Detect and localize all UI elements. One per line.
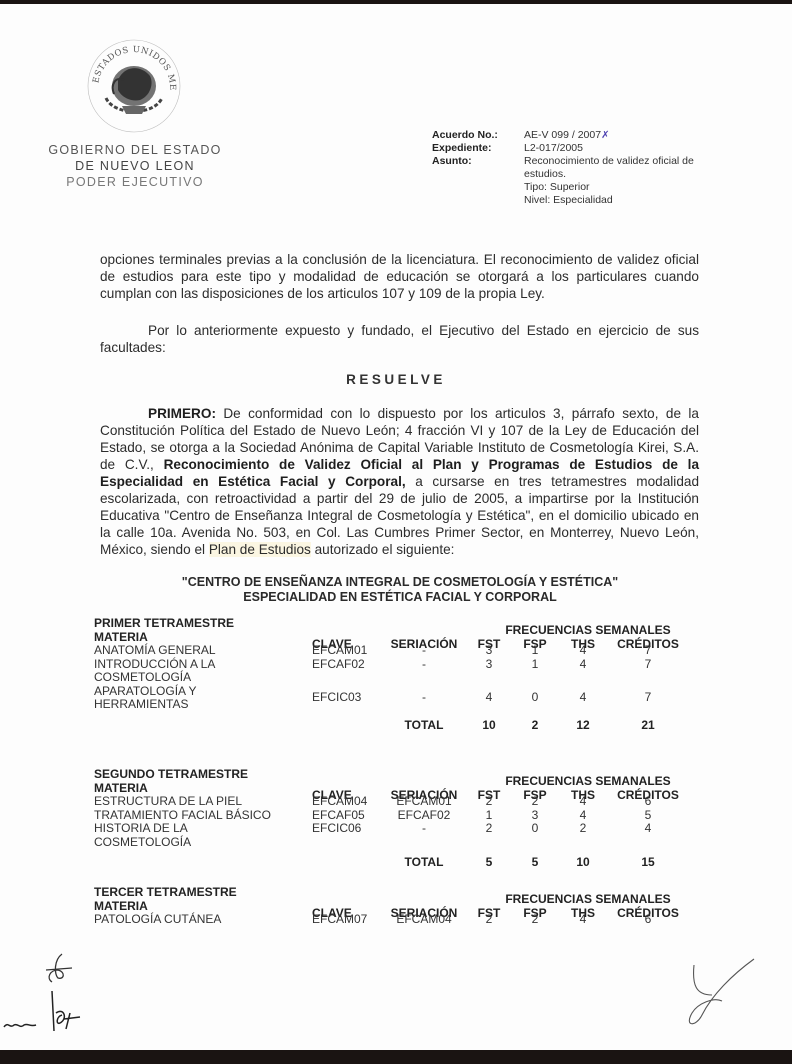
- seriacion-cell: EFCAM04: [384, 913, 464, 927]
- ths-cell: 4: [566, 644, 600, 658]
- gov-line-2: DE NUEVO LEON: [30, 158, 240, 174]
- ths-cell: 2: [566, 822, 600, 836]
- creditos-cell: 5: [608, 809, 688, 823]
- fsp-cell: 0: [518, 691, 552, 705]
- materia-name: APARATOLOGÍA Y: [94, 685, 304, 699]
- fsp-cell: 3: [518, 809, 552, 823]
- col-header-materia: MATERIA: [94, 631, 304, 645]
- acuerdo-label: Acuerdo No.:: [432, 129, 524, 142]
- seriacion-cell: -: [384, 691, 464, 705]
- clave-cell: EFCAM04: [312, 795, 382, 809]
- materia-name: PATOLOGÍA CUTÁNEA: [94, 913, 304, 927]
- clave-cell: EFCAF02: [312, 658, 382, 672]
- seriacion-cell: -: [384, 658, 464, 672]
- asunto-value: Reconocimiento de validez oficial de est…: [524, 155, 724, 181]
- freq-header: FRECUENCIAS SEMANALES: [488, 893, 688, 907]
- seriacion-cell: -: [384, 822, 464, 836]
- clave-cell: EFCAM07: [312, 913, 382, 927]
- fst-cell: 4: [472, 691, 506, 705]
- fsp-cell: 2: [518, 795, 552, 809]
- fst-cell: 3: [472, 644, 506, 658]
- plan-institution: "CENTRO DE ENSEÑANZA INTEGRAL DE COSMETO…: [100, 575, 700, 590]
- materia-name: ESTRUCTURA DE LA PIEL: [94, 795, 304, 809]
- total-fsp: 2: [518, 719, 552, 733]
- clave-cell: EFCIC06: [312, 822, 382, 836]
- ths-cell: 4: [566, 913, 600, 927]
- fst-cell: 2: [472, 913, 506, 927]
- plan-title: "CENTRO DE ENSEÑANZA INTEGRAL DE COSMETO…: [100, 575, 700, 605]
- section-title: TERCER TETRAMESTRE: [94, 886, 304, 900]
- clave-cell: EFCIC03: [312, 691, 382, 705]
- asunto-label: Asunto:: [432, 155, 524, 181]
- ths-cell: 4: [566, 809, 600, 823]
- acuerdo-value: AE-V 099 / 2007: [524, 129, 601, 141]
- fsp-cell: 1: [518, 658, 552, 672]
- bottom-dark-border: [0, 1050, 792, 1064]
- expediente-value: L2-017/2005: [524, 142, 724, 155]
- ths-cell: 4: [566, 658, 600, 672]
- creditos-cell: 6: [608, 913, 688, 927]
- col-header-materia: MATERIA: [94, 782, 304, 796]
- handwritten-signature-icon: [0, 985, 90, 1035]
- materia-name: COSMETOLOGÍA: [94, 671, 304, 685]
- col-header-materia: MATERIA: [94, 900, 304, 914]
- ths-cell: 4: [566, 691, 600, 705]
- expediente-label: Expediente:: [432, 142, 524, 155]
- creditos-cell: 7: [608, 658, 688, 672]
- materia-name: TRATAMIENTO FACIAL BÁSICO: [94, 809, 304, 823]
- national-seal-icon: ESTADOS UNIDOS MEXICANOS: [84, 36, 184, 136]
- total-ths: 10: [566, 856, 600, 870]
- creditos-cell: 7: [608, 691, 688, 705]
- total-fsp: 5: [518, 856, 552, 870]
- seriacion-cell: -: [384, 644, 464, 658]
- materia-name: COSMETOLOGÍA: [94, 836, 304, 850]
- section-title: PRIMER TETRAMESTRE: [94, 617, 304, 631]
- nivel-value: Nivel: Especialidad: [524, 194, 724, 207]
- materia-name: ANATOMÍA GENERAL: [94, 644, 304, 658]
- gov-line-3: PODER EJECUTIVO: [30, 174, 240, 190]
- plan-specialty: ESPECIALIDAD EN ESTÉTICA FACIAL Y CORPOR…: [100, 590, 700, 605]
- seriacion-cell: EFCAF02: [384, 809, 464, 823]
- check-mark-icon: ✗: [601, 130, 609, 141]
- freq-header: FRECUENCIAS SEMANALES: [488, 775, 688, 789]
- fst-cell: 2: [472, 822, 506, 836]
- total-fst: 5: [472, 856, 506, 870]
- total-creditos: 21: [608, 719, 688, 733]
- fsp-cell: 1: [518, 644, 552, 658]
- clave-cell: EFCAF05: [312, 809, 382, 823]
- seriacion-cell: EFCAM01: [384, 795, 464, 809]
- clave-cell: EFCAM01: [312, 644, 382, 658]
- creditos-cell: 7: [608, 644, 688, 658]
- materia-name: HISTORIA DE LA: [94, 822, 304, 836]
- fst-cell: 1: [472, 809, 506, 823]
- total-fst: 10: [472, 719, 506, 733]
- paragraph-validity: opciones terminales previas a la conclus…: [100, 251, 699, 302]
- tipo-value: Tipo: Superior: [524, 181, 724, 194]
- ths-cell: 4: [566, 795, 600, 809]
- materia-name: HERRAMIENTAS: [94, 698, 304, 712]
- document-metadata: Acuerdo No.:AE-V 099 / 2007✗ Expediente:…: [432, 129, 724, 207]
- primero-label: PRIMERO:: [148, 406, 216, 421]
- fsp-cell: 0: [518, 822, 552, 836]
- total-ths: 12: [566, 719, 600, 733]
- total-creditos: 15: [608, 856, 688, 870]
- total-label: TOTAL: [384, 856, 464, 870]
- creditos-cell: 4: [608, 822, 688, 836]
- creditos-cell: 6: [608, 795, 688, 809]
- primero-text-c: autorizado el siguiente:: [311, 542, 455, 557]
- plan-highlight: Plan de Estudios: [209, 542, 311, 557]
- signature-scrawl-icon: [672, 955, 762, 1030]
- fst-cell: 3: [472, 658, 506, 672]
- freq-header: FRECUENCIAS SEMANALES: [488, 624, 688, 638]
- paragraph-faculties: Por lo anteriormente expuesto y fundado,…: [100, 322, 699, 356]
- signature-initial-icon: [40, 950, 90, 990]
- materia-name: INTRODUCCIÓN A LA: [94, 658, 304, 672]
- resuelve-heading: RESUELVE: [0, 372, 792, 387]
- total-label: TOTAL: [384, 719, 464, 733]
- gov-line-1: GOBIERNO DEL ESTADO: [30, 142, 240, 158]
- government-header: GOBIERNO DEL ESTADO DE NUEVO LEON PODER …: [30, 142, 240, 190]
- paragraph-primero: PRIMERO: De conformidad con lo dispuesto…: [100, 405, 699, 558]
- section-title: SEGUNDO TETRAMESTRE: [94, 768, 304, 782]
- fsp-cell: 2: [518, 913, 552, 927]
- fst-cell: 2: [472, 795, 506, 809]
